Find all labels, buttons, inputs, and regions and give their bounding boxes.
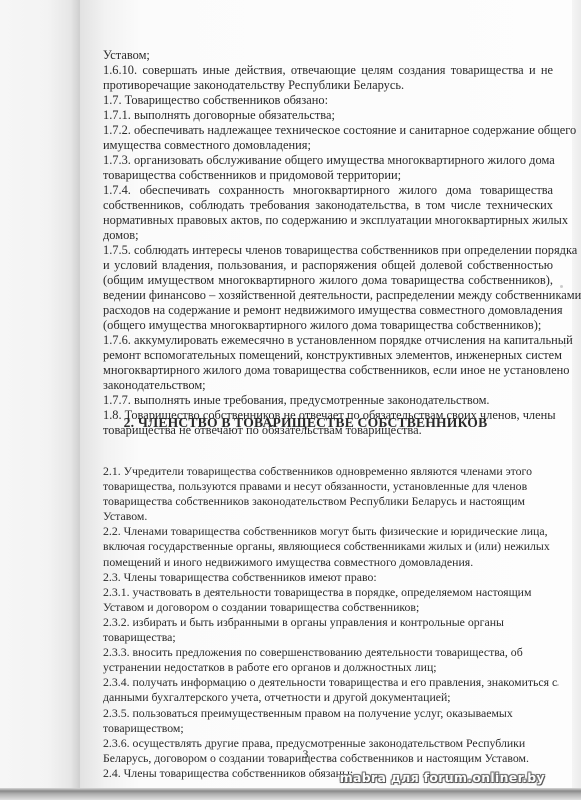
text-line: ведении финансово – хозяйственной деятел…: [103, 288, 553, 303]
text-line: многоквартирного жилого дома товариществ…: [103, 363, 553, 378]
paragraph: 2.2. Членами товарищества собственников …: [103, 524, 563, 569]
text-line: 2.2. Членами товарищества собственников …: [103, 524, 563, 539]
text-line: 2.3.1. участвовать в деятельности товари…: [103, 585, 563, 600]
text-line: товарищества собственников законодательс…: [103, 494, 563, 509]
paragraph: 2.1. Учредители товарищества собственник…: [103, 464, 563, 524]
paragraph: Уставом;: [103, 48, 553, 63]
paragraph: 2.3.2. избирать и быть избранными в орга…: [103, 615, 563, 645]
paragraph: 2.3.1. участвовать в деятельности товари…: [103, 585, 563, 615]
paragraph: 1.7.3. организовать обслуживание общего …: [103, 153, 553, 183]
paragraph: 1.6.10. совершать иные действия, отвечаю…: [103, 63, 553, 93]
section-2-heading: 2. ЧЛЕНСТВО В ТОВАРИЩЕСТВЕ СОБСТВЕННИКОВ: [0, 415, 581, 431]
text-line: Уставом;: [103, 48, 553, 63]
paragraph: 1.7. Товарищество собственников обязано:: [103, 93, 553, 108]
text-line: имущества совместного домовладения;: [103, 138, 553, 153]
paragraph: 2.3. Члены товарищества собственников им…: [103, 570, 563, 585]
paragraph: 1.7.7. выполнять иные требования, предус…: [103, 393, 553, 408]
paragraph: 2.3.4. получать информацию о деятельност…: [103, 675, 563, 705]
text-line: 2.3.2. избирать и быть избранными в орга…: [103, 615, 563, 630]
text-line: собственников, соблюдать требования зако…: [103, 198, 553, 213]
page-number: 3: [0, 749, 581, 761]
text-line: 1.7.2. обеспечивать надлежащее техническ…: [103, 123, 553, 138]
text-line: 1.7.7. выполнять иные требования, предус…: [103, 393, 553, 408]
text-line: 1.7.3. организовать обслуживание общего …: [103, 153, 553, 168]
text-line: Уставом.: [103, 509, 563, 524]
text-line: данными бухгалтерского учета, отчетности…: [103, 690, 563, 705]
scanner-bottom-edge: [0, 788, 581, 800]
text-line: устранении недостатков в работе его орга…: [103, 660, 563, 675]
text-line: товарищества;: [103, 630, 563, 645]
paragraph: 1.7.5. соблюдать интересы членов товарищ…: [103, 243, 553, 333]
paragraph: 1.7.1. выполнять договорные обязательств…: [103, 108, 553, 123]
text-line: 2.3.5. пользоваться преимущественным пра…: [103, 706, 563, 721]
text-line: 2.3.4. получать информацию о деятельност…: [103, 675, 563, 690]
text-line: 2.3.3. вносить предложения по совершенст…: [103, 645, 563, 660]
text-line: помещений и иного недвижимого имущества …: [103, 555, 563, 570]
text-line: товарищества, пользуются правами и несут…: [103, 479, 563, 494]
scanner-right-margin: [572, 0, 581, 800]
watermark-text: mabra для forum.onliner.by: [340, 770, 545, 785]
scanner-left-margin: [0, 0, 80, 800]
paragraph: 1.7.4. обеспечивать сохранность многоква…: [103, 183, 553, 243]
text-line: нормативных правовых актов, по содержани…: [103, 213, 553, 228]
section-1-continued: Уставом;1.6.10. совершать иные действия,…: [103, 48, 553, 438]
text-line: 1.7.5. соблюдать интересы членов товарищ…: [103, 243, 553, 258]
text-line: 1.7.6. аккумулировать ежемесячно в устан…: [103, 333, 553, 348]
scan-speck: [564, 345, 566, 347]
text-line: товарищества собственников и придомовой …: [103, 168, 553, 183]
text-line: Уставом и договором о создании товарищес…: [103, 600, 563, 615]
scan-speck: [556, 684, 559, 686]
text-line: законодательством;: [103, 378, 553, 393]
text-line: 2.3. Члены товарищества собственников им…: [103, 570, 563, 585]
text-line: (общим имуществом многоквартирного жилог…: [103, 273, 553, 288]
text-line: 1.6.10. совершать иные действия, отвечаю…: [103, 63, 553, 78]
text-line: расходов на содержание и ремонт недвижим…: [103, 303, 553, 318]
paragraph: 1.7.2. обеспечивать надлежащее техническ…: [103, 123, 553, 153]
section-2-body: 2.1. Учредители товарищества собственник…: [103, 464, 563, 781]
text-line: и условий владения, пользования, и распо…: [103, 258, 553, 273]
text-line: 2.1. Учредители товарищества собственник…: [103, 464, 563, 479]
text-line: товариществом;: [103, 721, 563, 736]
text-line: 1.7. Товарищество собственников обязано:: [103, 93, 553, 108]
text-line: включая государственные органы, являющие…: [103, 539, 563, 554]
text-line: 1.7.1. выполнять договорные обязательств…: [103, 108, 553, 123]
text-line: 1.7.4. обеспечивать сохранность многоква…: [103, 183, 553, 198]
paragraph: 2.3.5. пользоваться преимущественным пра…: [103, 706, 563, 736]
text-line: (общего имущества многоквартирного жилог…: [103, 318, 553, 333]
text-line: противоречащие законодательству Республи…: [103, 78, 553, 93]
text-line: ремонт вспомогательных помещений, констр…: [103, 348, 553, 363]
scan-speck: [560, 285, 563, 288]
paragraph: 2.3.3. вносить предложения по совершенст…: [103, 645, 563, 675]
text-line: домов;: [103, 228, 553, 243]
paragraph: 1.7.6. аккумулировать ежемесячно в устан…: [103, 333, 553, 393]
